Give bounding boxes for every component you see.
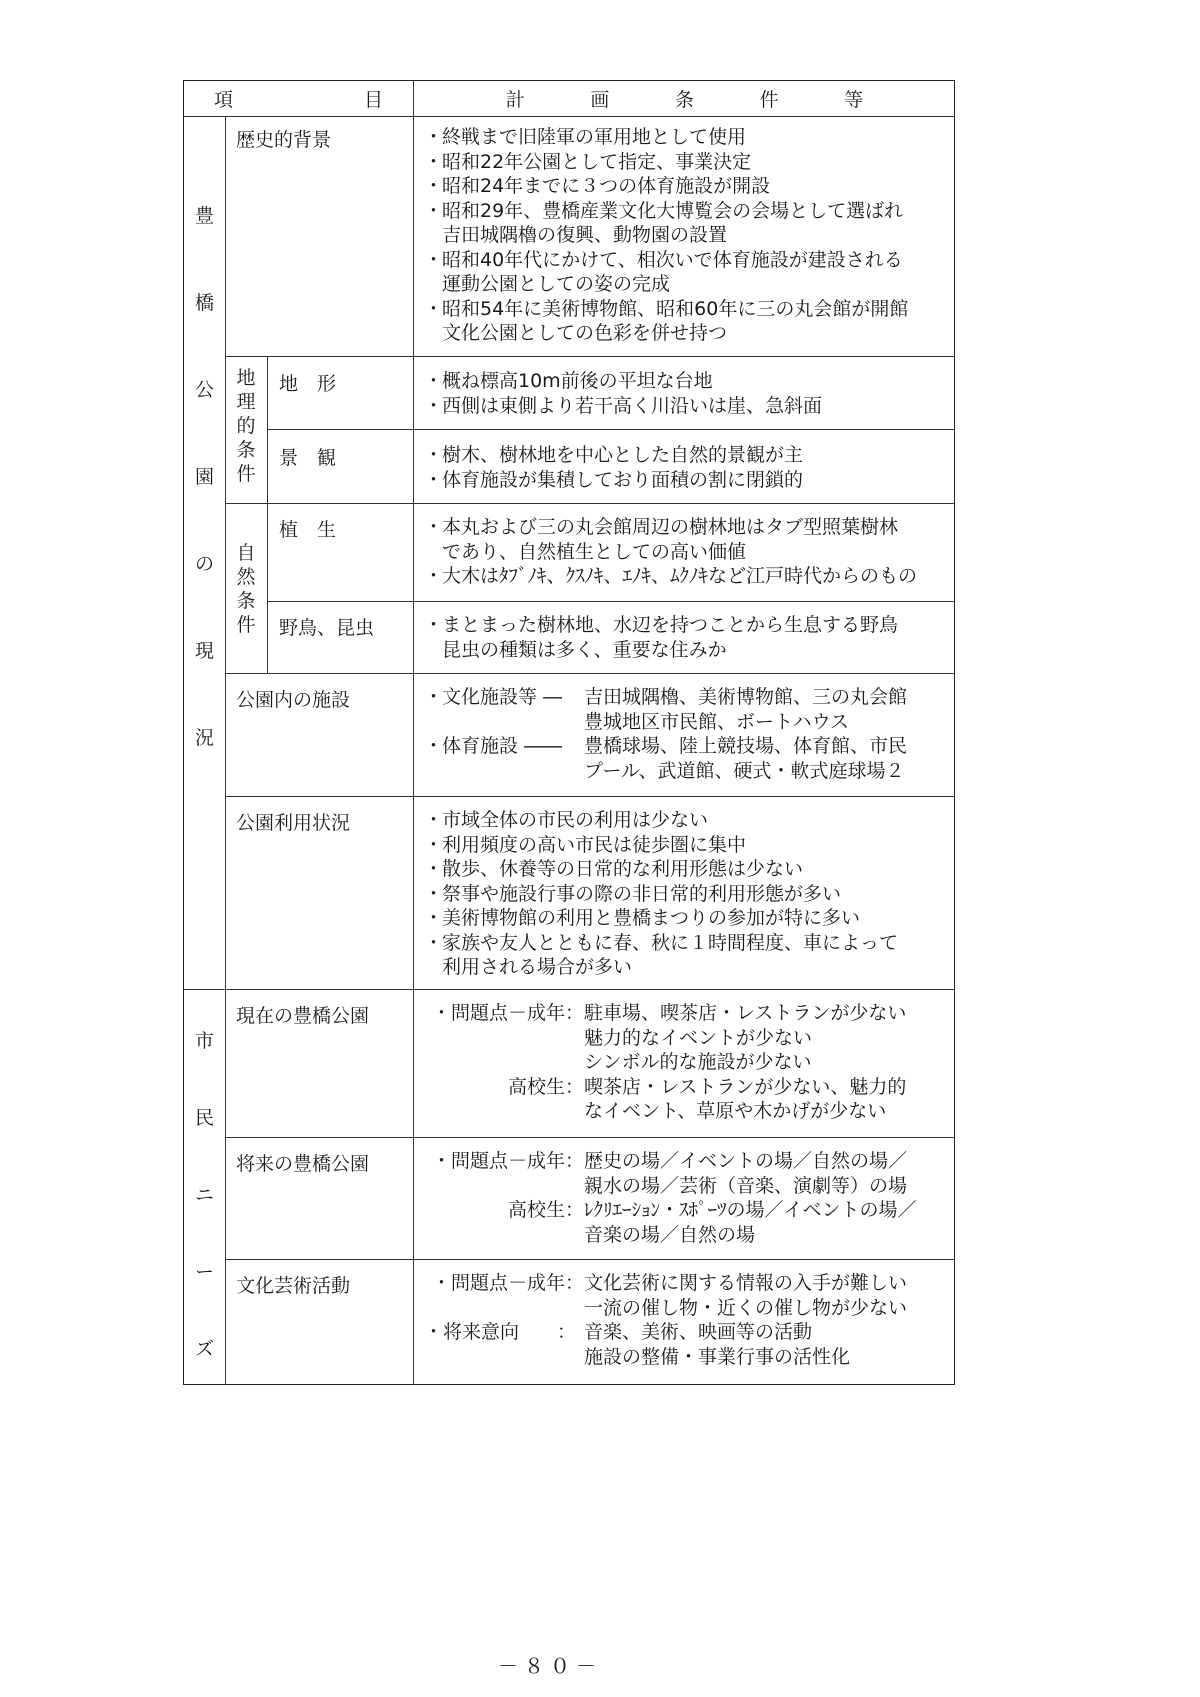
divider (413, 81, 414, 1384)
list-item: ・家族や友人とともに春、秋に１時間程度、車によって (424, 931, 898, 956)
group-char: 理 (236, 390, 255, 414)
group-char: 地 (236, 366, 255, 390)
facility-line: プール、武道館、硬式・軟式庭球場２ (424, 759, 907, 784)
row-label-future-park: 将来の豊橋公園 (236, 1149, 369, 1176)
list-item-continuation: であり、自然植生としての高い価値 (424, 540, 917, 565)
list-item-continuation: 運動公園としての姿の完成 (424, 272, 908, 297)
needs-line: 音楽の場／自然の場 (424, 1223, 917, 1248)
usage-content: ・市域全体の市民の利用は少ない ・利用頻度の高い市民は徒歩圏に集中 ・散歩、休養… (424, 808, 898, 980)
divider (267, 601, 954, 602)
list-item: ・昭和22年公園として指定、事業決定 (424, 150, 908, 175)
planning-conditions-table: 項 目 計 画 条 件 等 豊 橋 公 園 の 現 況 歴史的背景 ・終戦まで旧… (183, 80, 955, 1385)
culture-arts-content: ・問題点－成年：文化芸術に関する情報の入手が難しい 一流の催し物・近くの催し物が… (424, 1271, 907, 1369)
list-item-continuation: 利用される場合が多い (424, 955, 898, 980)
list-item: ・西側は東側より若干高く川沿いは崖、急斜面 (424, 394, 822, 419)
row-label-usage: 公園利用状況 (236, 808, 350, 835)
list-item: ・利用頻度の高い市民は徒歩圏に集中 (424, 833, 898, 858)
header-conditions-char: 条 (675, 85, 694, 112)
group-char: 件 (236, 462, 255, 486)
list-item: ・昭和54年に美術博物館、昭和60年に三の丸会館が開館 (424, 297, 908, 322)
needs-line: なイベント、草原や木かげが少ない (424, 1099, 906, 1124)
list-item: ・昭和29年、豊橋産業文化大博覧会の会場として選ばれ (424, 199, 908, 224)
section-title-toyohashi-park-status: 豊 橋 公 園 の 現 況 (184, 201, 225, 750)
vegetation-content: ・本丸および三の丸会館周辺の樹林地はタブ型照葉樹林 であり、自然植生としての高い… (424, 515, 917, 589)
divider (225, 796, 954, 797)
list-item: ・市域全体の市民の利用は少ない (424, 808, 898, 833)
list-item: ・概ね標高10m前後の平坦な台地 (424, 369, 822, 394)
title-char: 豊 (195, 201, 214, 228)
header-conditions: 計 画 条 件 等 (413, 81, 956, 116)
needs-line: シンボル的な施設が少ない (424, 1050, 906, 1075)
divider (267, 356, 268, 673)
header-conditions-char: 計 (506, 85, 525, 112)
list-item: ・大木はﾀﾌﾞﾉｷ、ｸｽﾉｷ、ｴﾉｷ、ﾑｸﾉｷなど江戸時代からのもの (424, 564, 917, 589)
list-item: ・終戦まで旧陸軍の軍用地として使用 (424, 125, 908, 150)
facilities-content: ・文化施設等 ―吉田城隅櫓、美術博物館、三の丸会館 豊城地区市民館、ボートハウス… (424, 685, 907, 783)
list-item: ・本丸および三の丸会館周辺の樹林地はタブ型照葉樹林 (424, 515, 917, 540)
header-conditions-char: 等 (844, 85, 863, 112)
facility-group: ・体育施設 ――豊橋球場、陸上競技場、体育館、市民 (424, 734, 907, 759)
group-label-natural-conditions: 自 然 条 件 (225, 541, 267, 637)
row-label-wildlife: 野鳥、昆虫 (279, 613, 374, 640)
needs-line: 施設の整備・事業行事の活性化 (424, 1345, 907, 1370)
title-char: ニ (195, 1180, 214, 1207)
divider (225, 1137, 954, 1138)
title-char: 園 (195, 462, 214, 489)
section-divider (184, 989, 954, 990)
needs-line: 一流の催し物・近くの催し物が少ない (424, 1296, 907, 1321)
title-char: 公 (195, 375, 214, 402)
row-label-current-park: 現在の豊橋公園 (236, 1001, 369, 1028)
wildlife-content: ・まとまった樹林地、水辺を持つことから生息する野鳥 昆虫の種類は多く、重要な住み… (424, 613, 898, 662)
list-item: ・樹木、樹林地を中心とした自然的景観が主 (424, 443, 803, 468)
title-char: 民 (195, 1103, 214, 1130)
title-char: ー (195, 1257, 214, 1284)
needs-group: ・問題点－成年：歴史の場／イベントの場／自然の場／ (424, 1149, 917, 1174)
group-label-geographic-conditions: 地 理 的 条 件 (225, 366, 267, 486)
header-item-char: 目 (364, 85, 383, 112)
group-char: 的 (236, 414, 255, 438)
landscape-content: ・樹木、樹林地を中心とした自然的景観が主 ・体育施設が集積しており面積の割に閉鎖… (424, 443, 803, 492)
title-char: 現 (195, 636, 214, 663)
row-label-history: 歴史的背景 (236, 125, 331, 152)
header-conditions-char: 件 (760, 85, 779, 112)
title-char: 況 (195, 723, 214, 750)
divider (267, 429, 954, 430)
group-char: 件 (236, 613, 255, 637)
header-conditions-char: 画 (590, 85, 609, 112)
needs-group: 高校生：喫茶店・レストランが少ない、魅力的 (424, 1075, 906, 1100)
divider (225, 116, 226, 1384)
list-item-continuation: 昆虫の種類は多く、重要な住みか (424, 638, 898, 663)
needs-line: 魅力的なイベントが少ない (424, 1026, 906, 1051)
page-number: －８０－ (0, 1650, 1100, 1679)
needs-group: ・将来意向 ：音楽、美術、映画等の活動 (424, 1320, 907, 1345)
title-char: 橋 (195, 288, 214, 315)
future-park-content: ・問題点－成年：歴史の場／イベントの場／自然の場／ 親水の場／芸術（音楽、演劇等… (424, 1149, 917, 1247)
facility-group: ・文化施設等 ―吉田城隅櫓、美術博物館、三の丸会館 (424, 685, 907, 710)
list-item: ・まとまった樹林地、水辺を持つことから生息する野鳥 (424, 613, 898, 638)
list-item: ・体育施設が集積しており面積の割に閉鎖的 (424, 468, 803, 493)
group-char: 然 (236, 565, 255, 589)
list-item: ・美術博物館の利用と豊橋まつりの参加が特に多い (424, 906, 898, 931)
row-label-culture-arts: 文化芸術活動 (236, 1271, 350, 1298)
terrain-content: ・概ね標高10m前後の平坦な台地 ・西側は東側より若干高く川沿いは崖、急斜面 (424, 369, 822, 418)
row-label-terrain: 地 形 (279, 369, 336, 396)
needs-group: ・問題点－成年：文化芸術に関する情報の入手が難しい (424, 1271, 907, 1296)
title-char: の (195, 549, 214, 576)
section-title-citizen-needs: 市 民 ニ ー ズ (184, 1026, 225, 1361)
history-content: ・終戦まで旧陸軍の軍用地として使用 ・昭和22年公園として指定、事業決定 ・昭和… (424, 125, 908, 346)
group-char: 自 (236, 541, 255, 565)
header-item-char: 項 (214, 85, 233, 112)
list-item-continuation: 吉田城隅櫓の復興、動物園の設置 (424, 223, 908, 248)
list-item: ・昭和24年までに３つの体育施設が開設 (424, 174, 908, 199)
divider (225, 673, 954, 674)
facility-line: 豊城地区市民館、ボートハウス (424, 710, 907, 735)
list-item-continuation: 文化公園としての色彩を併せ持つ (424, 321, 908, 346)
divider (184, 116, 954, 117)
row-label-vegetation: 植 生 (279, 515, 336, 542)
needs-group: 高校生：ﾚｸﾘｴｰｼｮﾝ・ｽﾎﾟｰﾂの場／イベントの場／ (424, 1198, 917, 1223)
needs-line: 親水の場／芸術（音楽、演劇等）の場 (424, 1174, 917, 1199)
current-park-content: ・問題点－成年：駐車場、喫茶店・レストランが少ない 魅力的なイベントが少ない シ… (424, 1001, 906, 1124)
header-item: 項 目 (184, 81, 413, 116)
group-char: 条 (236, 589, 255, 613)
title-char: 市 (195, 1026, 214, 1053)
divider (225, 503, 954, 504)
needs-group: ・問題点－成年：駐車場、喫茶店・レストランが少ない (424, 1001, 906, 1026)
list-item: ・昭和40年代にかけて、相次いで体育施設が建設される (424, 248, 908, 273)
list-item: ・祭事や施設行事の際の非日常的利用形態が多い (424, 882, 898, 907)
title-char: ズ (195, 1334, 214, 1361)
row-label-facilities: 公園内の施設 (236, 685, 350, 712)
divider (225, 1259, 954, 1260)
row-label-landscape: 景 観 (279, 443, 336, 470)
divider (225, 356, 954, 357)
group-char: 条 (236, 438, 255, 462)
list-item: ・散歩、休養等の日常的な利用形態は少ない (424, 857, 898, 882)
